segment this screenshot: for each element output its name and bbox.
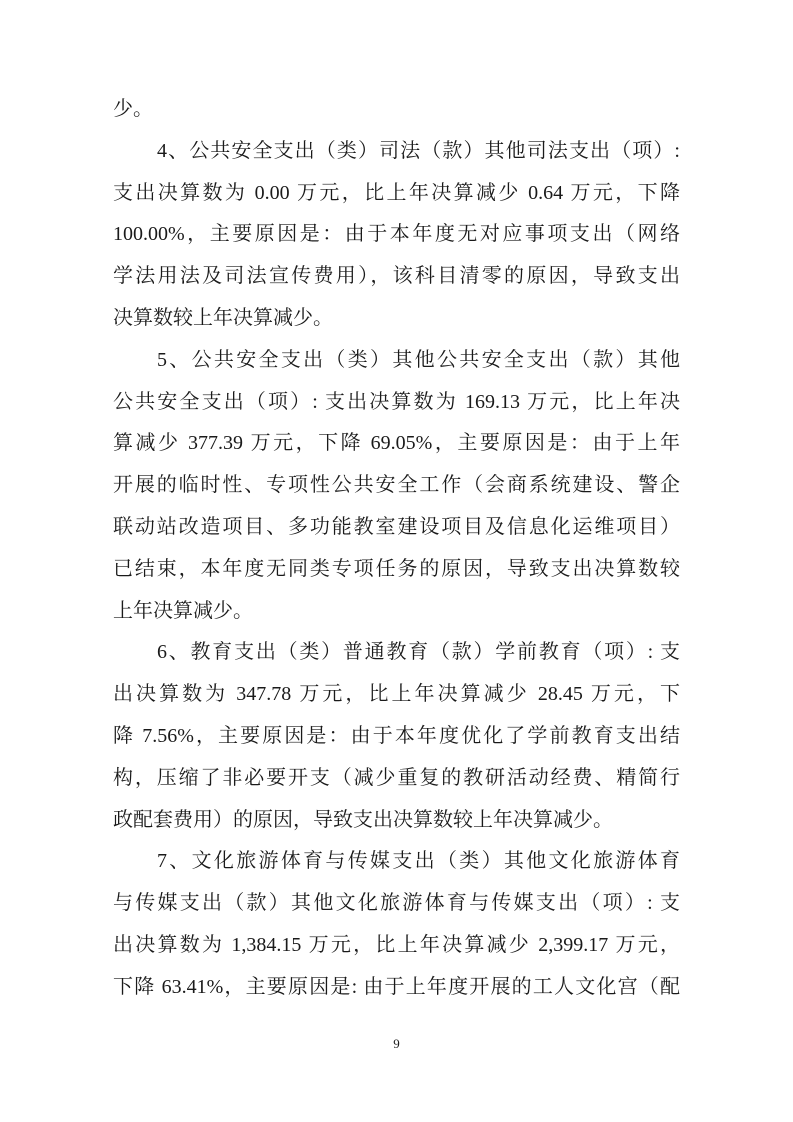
document-body: 少。 4、公共安全支出（类）司法（款）其他司法支出（项）: 支出决算数为 0.0…: [113, 89, 680, 1009]
page-number: 9: [0, 1034, 793, 1054]
text-line: 与传媒支出（款）其他文化旅游体育与传媒支出（项）: 支: [113, 883, 680, 925]
text-line: 决算数较上年决算减少。: [113, 298, 680, 340]
text-line: 降 7.56%，主要原因是：由于本年度优化了学前教育支出结: [113, 716, 680, 758]
text-line: 5、公共安全支出（类）其他公共安全支出（款）其他: [113, 340, 680, 382]
text-line: 100.00%，主要原因是：由于本年度无对应事项支出（网络: [113, 214, 680, 256]
text-line: 出决算数为 347.78 万元，比上年决算减少 28.45 万元，下: [113, 674, 680, 716]
text-line: 6、教育支出（类）普通教育（款）学前教育（项）: 支: [113, 632, 680, 674]
text-line: 已结束，本年度无同类专项任务的原因，导致支出决算数较: [113, 549, 680, 591]
text-line: 下降 63.41%，主要原因是: 由于上年度开展的工人文化宫（配: [113, 967, 680, 1009]
text-line: 算减少 377.39 万元，下降 69.05%，主要原因是：由于上年: [113, 423, 680, 465]
text-line: 政配套费用）的原因，导致支出决算数较上年决算减少。: [113, 800, 680, 842]
text-line: 7、文化旅游体育与传媒支出（类）其他文化旅游体育: [113, 841, 680, 883]
text-line: 学法用法及司法宣传费用），该科目清零的原因，导致支出: [113, 256, 680, 298]
text-line: 开展的临时性、专项性公共安全工作（会商系统建设、警企: [113, 465, 680, 507]
text-line: 上年决算减少。: [113, 591, 680, 633]
text-line: 公共安全支出（项）: 支出决算数为 169.13 万元，比上年决: [113, 382, 680, 424]
document-page: 少。 4、公共安全支出（类）司法（款）其他司法支出（项）: 支出决算数为 0.0…: [0, 0, 793, 1122]
text-line: 联动站改造项目、多功能教室建设项目及信息化运维项目）: [113, 507, 680, 549]
text-line: 少。: [113, 89, 680, 131]
text-line: 4、公共安全支出（类）司法（款）其他司法支出（项）:: [113, 131, 680, 173]
text-line: 构，压缩了非必要开支（减少重复的教研活动经费、精简行: [113, 758, 680, 800]
text-line: 出决算数为 1,384.15 万元，比上年决算减少 2,399.17 万元，: [113, 925, 680, 967]
text-line: 支出决算数为 0.00 万元，比上年决算减少 0.64 万元，下降: [113, 173, 680, 215]
